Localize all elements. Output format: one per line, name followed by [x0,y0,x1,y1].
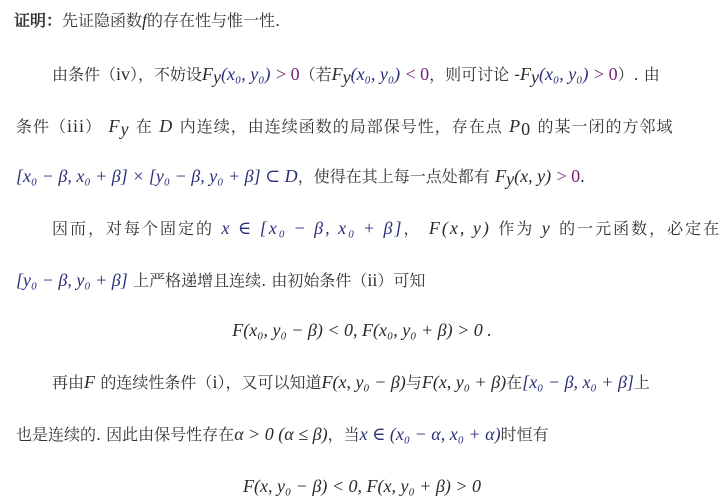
text: 的一元函数，必定在 [559,219,721,238]
math: (x₀, y₀) [539,64,588,84]
text: 上 [634,373,650,392]
math: (x₀, y₀) [221,64,270,84]
math: F(x, y₀ − β) < 0, F(x, y₀ + β) > 0 [243,476,481,496]
math: F(x, y₀ − β) [321,372,405,392]
text: 先证隐函数 [62,11,142,30]
math: < 0 [406,64,430,84]
math: [x₀ − β, x₀ + β] [522,372,634,392]
text: 上严格递增且连续. 由初始条件（ [133,271,367,290]
text: ，当 [328,425,360,444]
text: 的连续性条件（ [100,373,212,392]
math: y [120,119,129,139]
math: (x₀, y₀) [351,64,400,84]
text: 因而，对每个固定的 [52,219,214,238]
math: F(x, y₀ + β) [422,372,506,392]
text: 在 [136,117,153,136]
math: > 0 [594,64,618,84]
paragraph-line: 因而，对每个固定的 x ∈ [x₀ − β, x₀ + β]， F(x, y) … [52,216,721,241]
text: ），不妨设 [130,65,202,84]
math: F [495,166,506,186]
paragraph-line: 由条件（iv），不妨设Fy(x₀, y₀) > 0（若Fy(x₀, y₀) < … [52,62,660,89]
math: F [520,64,531,84]
condition-iv: iv [116,64,130,84]
paragraph-line: [x₀ − β, x₀ + β] × [y₀ − β, y₀ + β] ⊂ D，… [16,164,585,191]
text: 内连续，由连续函数的局部保号性，存在点 [180,117,503,136]
math: x ∈ (x₀ − α, x₀ + α) [360,424,501,444]
text: 再由 [52,373,84,392]
math: y [506,169,514,189]
paragraph-line: [y₀ − β, y₀ + β] 上严格递增且连续. 由初始条件（ii）可知 [16,268,425,293]
math: y [542,218,552,238]
math: [y₀ − β, y₀ + β] [16,270,128,290]
text: ），又可以知道 [217,373,321,392]
math: F(x, y) [429,218,491,238]
display-equation-1: F(x₀, y₀ − β) < 0, F(x₀, y₀ + β) > 0 . [0,318,724,343]
math: F [332,64,343,84]
condition-ii: ii [367,270,377,290]
math: y [343,67,351,87]
text: 的某一闭的方邻域 [538,117,674,136]
math: > 0 [556,166,580,186]
text: 时恒有 [501,425,549,444]
proof-heading: 证明：先证隐函数f的存在性与惟一性. [14,8,280,33]
math: (x, y) [514,166,551,186]
math: 0 [521,119,531,139]
text: 条件（ [16,117,67,136]
text: 的存在性与惟一性. [147,11,280,30]
condition-iii: iii [67,116,85,136]
math: F(x₀, y₀ − β) < 0, F(x₀, y₀ + β) > 0 . [232,320,491,340]
math: y [213,67,221,87]
math: y [531,67,539,87]
math: F [108,116,120,136]
text: 作为 [498,219,534,238]
math: [x₀ − β, x₀ + β] × [y₀ − β, y₀ + β] ⊂ D [16,166,298,186]
math: P [509,116,521,136]
text: ）可知 [377,271,425,290]
math: . [580,166,585,186]
text: 由条件（ [52,65,116,84]
text: 与 [406,373,422,392]
math: F [202,64,213,84]
paragraph-line: 条件（iii） Fy 在 D 内连续，由连续函数的局部保号性，存在点 P0 的某… [16,114,674,141]
paragraph-line: 再由F 的连续性条件（i），又可以知道F(x, y₀ − β)与F(x, y₀ … [52,370,650,395]
math: F [84,372,95,392]
text: 在 [506,373,522,392]
display-equation-2: F(x, y₀ − β) < 0, F(x, y₀ + β) > 0 [0,474,724,499]
math: D [159,116,173,136]
math: α > 0 (α ≤ β) [234,424,327,444]
text: ，使得在其上每一点处都有 [298,167,490,186]
paragraph-line: 也是连续的. 因此由保号性存在α > 0 (α ≤ β)，当x ∈ (x₀ − … [16,422,549,447]
text: ， [403,219,421,238]
text: （若 [300,65,332,84]
text: ）. 由 [618,65,660,84]
text: ，则可讨论 - [429,65,520,84]
math: > 0 [276,64,300,84]
text: ） [85,117,102,136]
proof-label: 证明： [14,11,62,30]
text: 也是连续的. 因此由保号性存在 [16,425,234,444]
math: x ∈ [x₀ − β, x₀ + β] [221,218,403,238]
